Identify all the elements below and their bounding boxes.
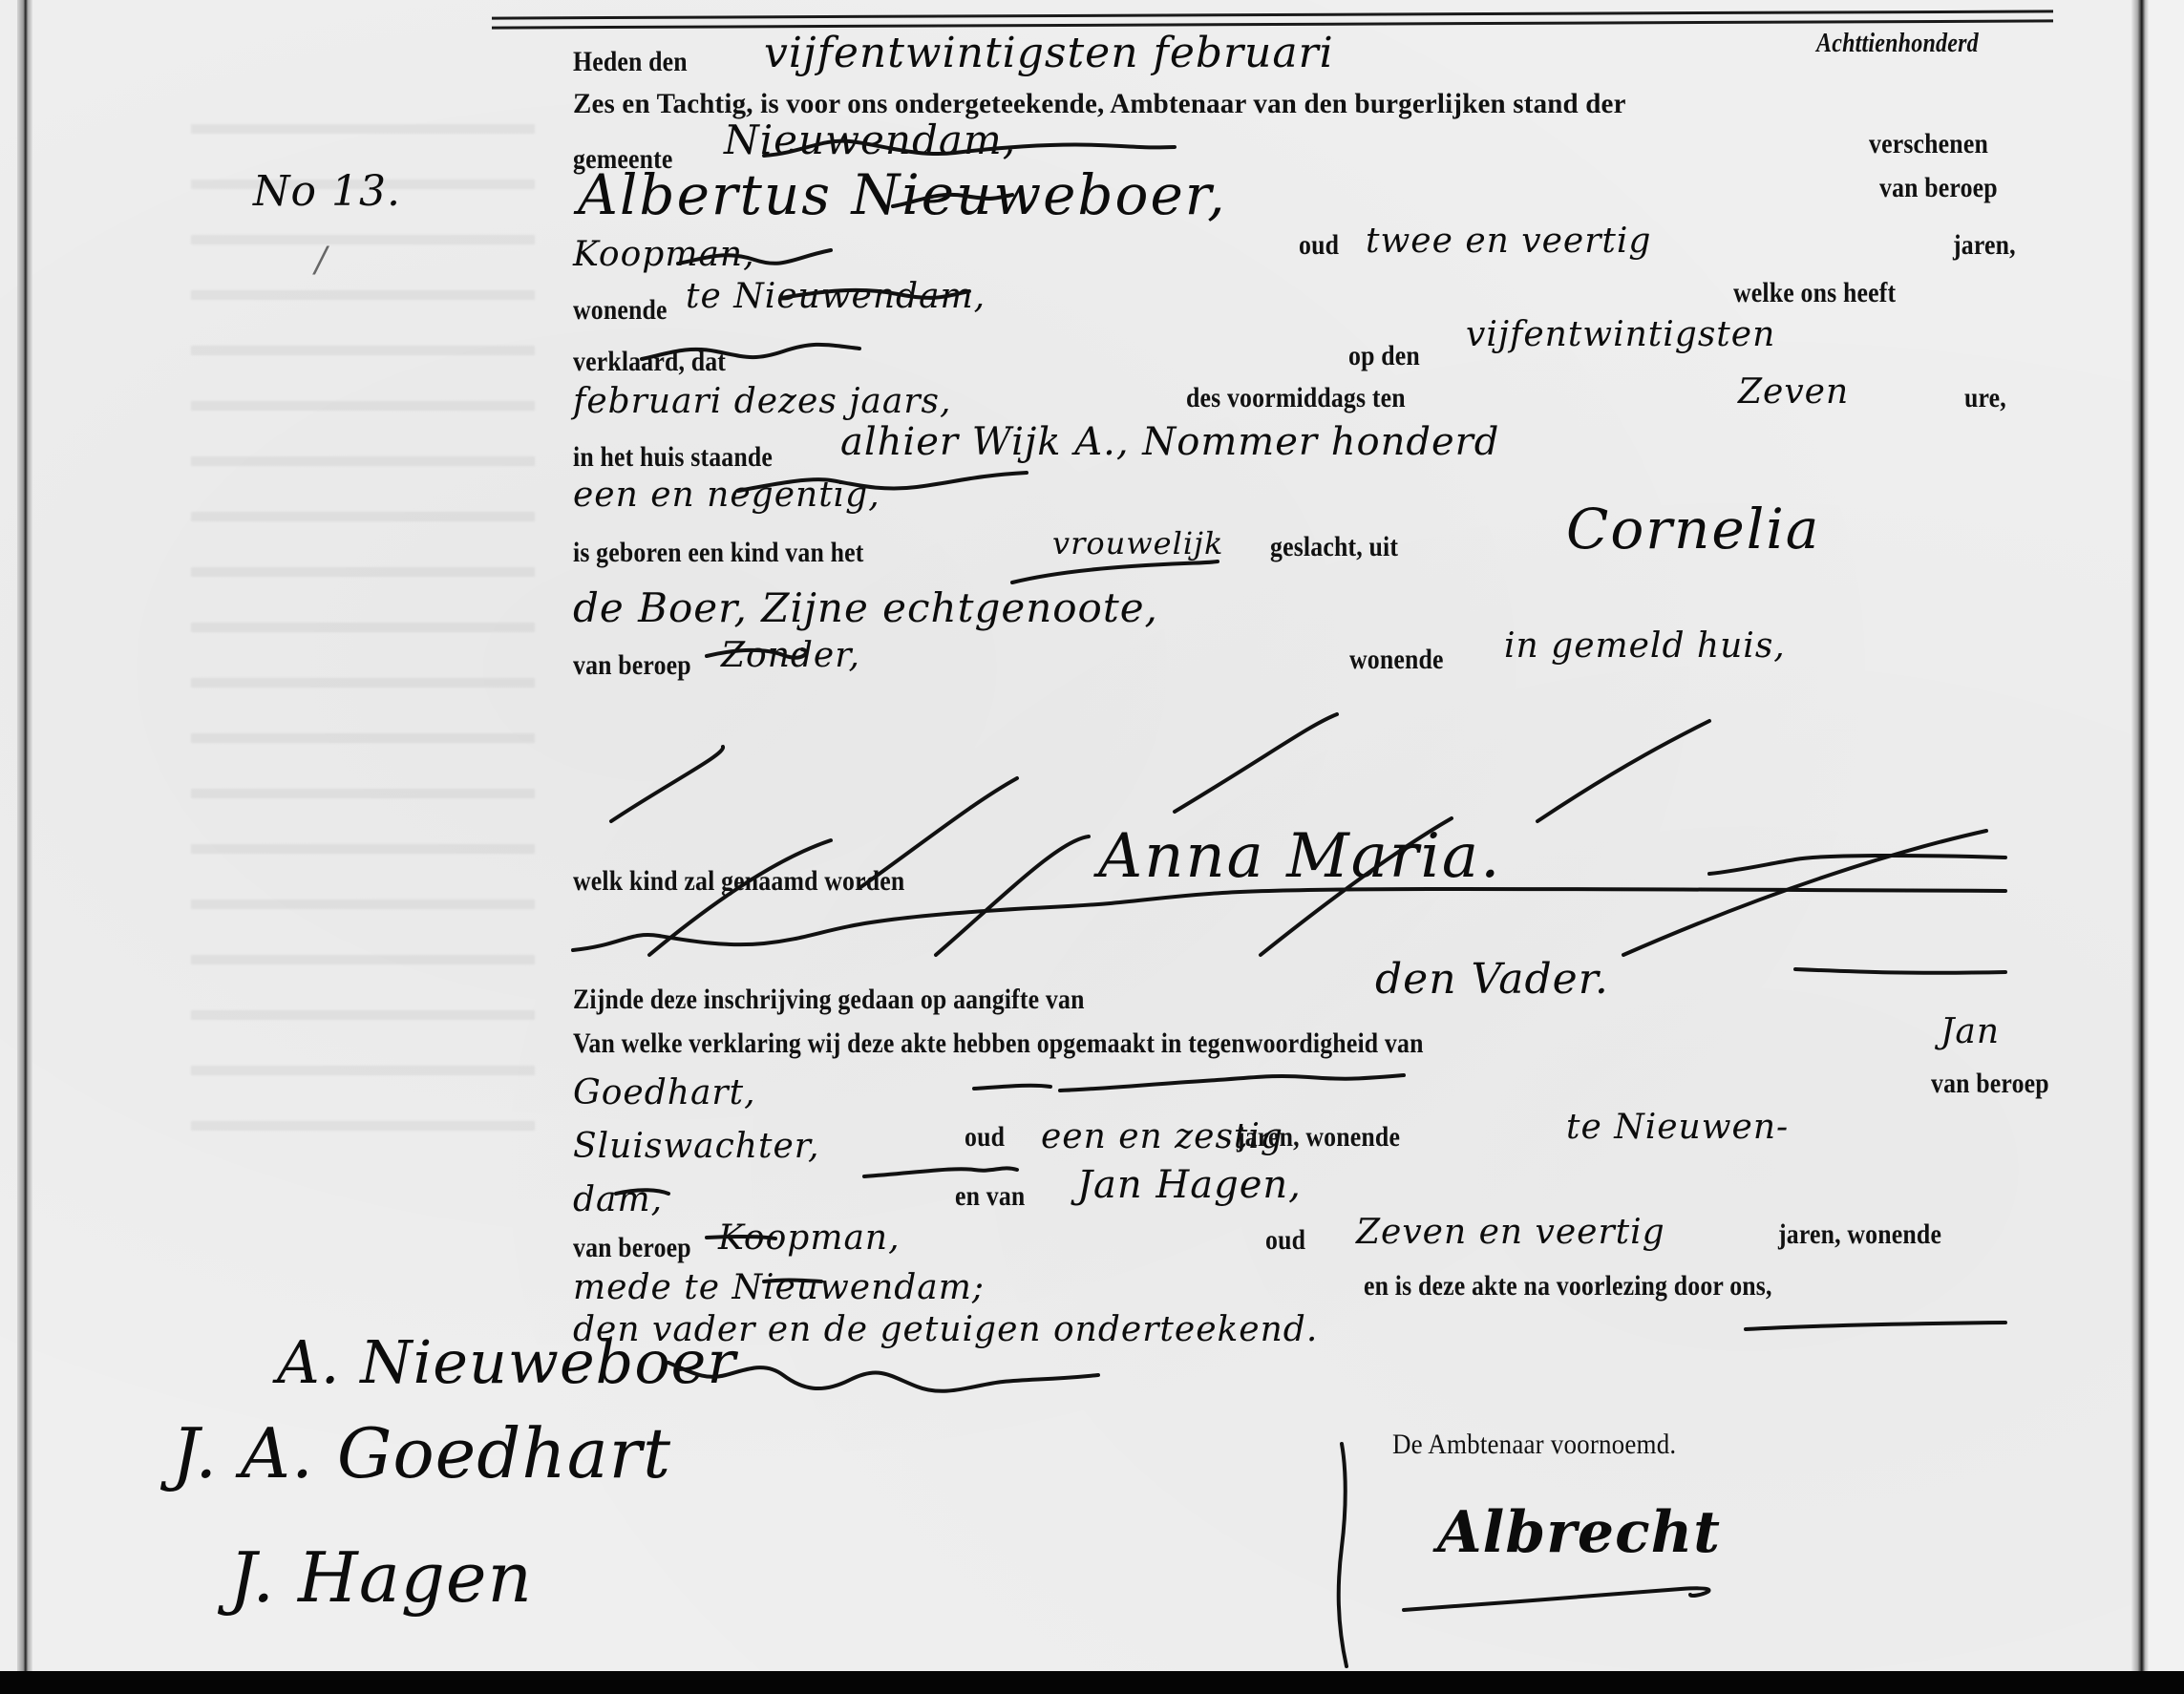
text-line-2: Zes en Tachtig, is voor ons ondergeteeke… xyxy=(573,88,1626,120)
hand-address: alhier Wijk A., Nommer honderd xyxy=(840,420,1499,464)
bleed-through-text xyxy=(191,95,535,1146)
text-jaren-wonende-w2: jaren, wonende xyxy=(1778,1218,1941,1251)
text-van-beroep-w2: van beroep xyxy=(573,1232,691,1264)
hand-informant: den Vader. xyxy=(1375,955,1609,1004)
text-des-voormiddags: des voormiddags ten xyxy=(1186,382,1406,414)
page-edge xyxy=(2131,0,2149,1671)
text-van-beroep: van beroep xyxy=(1879,172,1998,204)
text-welk-kind: welk kind zal genaamd worden xyxy=(573,865,904,898)
text-verschenen: verschenen xyxy=(1869,128,1988,160)
text-wonende-mother: wonende xyxy=(1349,644,1444,676)
signature-official: Albrecht xyxy=(1437,1499,1721,1566)
text-geslacht-uit: geslacht, uit xyxy=(1270,531,1398,563)
text-oud-w1: oud xyxy=(965,1121,1005,1154)
hand-date-day: vijfentwintigsten februari xyxy=(764,29,1334,77)
text-achttienhonderd: Achttienhonderd xyxy=(1816,29,1979,59)
hand-mother-surname: de Boer, Zijne echtgenoote, xyxy=(573,584,1158,631)
hand-age: twee en veertig xyxy=(1366,222,1651,261)
text-welke-ons-heeft: welke ons heeft xyxy=(1733,277,1896,309)
hand-declarant-name: Albertus Nieuweboer, xyxy=(578,162,1227,227)
hand-residence: te Nieuwendam, xyxy=(686,277,986,316)
hand-child-name: Anna Maria. xyxy=(1098,821,1501,892)
text-ambtenaar-voornoemd: De Ambtenaar voornoemd. xyxy=(1392,1429,1676,1461)
hand-mother-first-name: Cornelia xyxy=(1566,497,1820,561)
hand-witness1-residence: te Nieuwen- xyxy=(1566,1108,1789,1147)
margin-mark: / xyxy=(315,241,328,280)
hand-witness1-first: Jan xyxy=(1940,1012,2000,1051)
text-zijnde-deze: Zijnde deze inschrijving gedaan op aangi… xyxy=(573,984,1085,1016)
signature-witness2: J. Hagen xyxy=(229,1537,533,1618)
hand-mother-occupation: Zonder, xyxy=(721,636,860,675)
text-op-den: op den xyxy=(1348,340,1420,372)
hand-witness2-age: Zeven en veertig xyxy=(1356,1213,1665,1252)
hand-witness2-name: Jan Hagen, xyxy=(1077,1163,1302,1207)
text-oud: oud xyxy=(1299,229,1339,262)
text-van-beroep-w1: van beroep xyxy=(1931,1068,2049,1100)
register-page: No 13. / Heden den vijfentwintigsten feb… xyxy=(0,0,2184,1671)
hand-birth-hour: Zeven xyxy=(1738,372,1849,412)
text-jaren-wonende-w1: jaren, wonende xyxy=(1237,1121,1400,1154)
text-en-van: en van xyxy=(955,1180,1025,1213)
text-en-is-deze-akte: en is deze akte na voorlezing door ons, xyxy=(1364,1270,1772,1302)
header-rule xyxy=(492,10,2053,19)
hand-mother-residence: in gemeld huis, xyxy=(1504,626,1786,666)
hand-occupation: Koopman, xyxy=(573,235,755,274)
hand-witness2-occupation: Koopman, xyxy=(718,1218,901,1258)
hand-sex: vrouwelijk xyxy=(1052,525,1223,561)
hand-municipality: Nieuwendam, xyxy=(724,116,1016,163)
hand-witness2-residence: mede te Nieuwendam; xyxy=(573,1268,985,1307)
hand-address-number: een en negentig, xyxy=(573,476,880,515)
hand-birth-day: vijfentwintigsten xyxy=(1466,315,1775,354)
text-verklaard-dat: verklaard, dat xyxy=(573,346,726,378)
hand-witness1-residence-cont: dam, xyxy=(573,1180,663,1219)
text-heden-den: Heden den xyxy=(573,46,688,78)
text-in-het-huis: in het huis staande xyxy=(573,441,773,474)
book-spine xyxy=(17,0,32,1671)
text-wonende: wonende xyxy=(573,294,668,327)
text-is-geboren: is geboren een kind van het xyxy=(573,537,863,569)
text-oud-w2: oud xyxy=(1265,1224,1305,1257)
hand-witness1-surname: Goedhart, xyxy=(573,1073,756,1112)
scan-border xyxy=(0,1671,2184,1694)
text-jaren: jaren, xyxy=(1953,229,2016,262)
record-number: No 13. xyxy=(253,167,401,216)
text-ure: ure, xyxy=(1964,382,2006,414)
signature-witness1: J. A. Goedhart xyxy=(172,1413,671,1493)
text-van-beroep-mother: van beroep xyxy=(573,649,691,682)
hand-birth-month: februari dezes jaars, xyxy=(573,382,951,421)
hand-witness1-occupation: Sluiswachter, xyxy=(573,1127,819,1166)
text-van-welke-verklaring: Van welke verklaring wij deze akte hebbe… xyxy=(573,1027,1424,1060)
signature-father: A. Nieuweboer xyxy=(277,1327,736,1397)
